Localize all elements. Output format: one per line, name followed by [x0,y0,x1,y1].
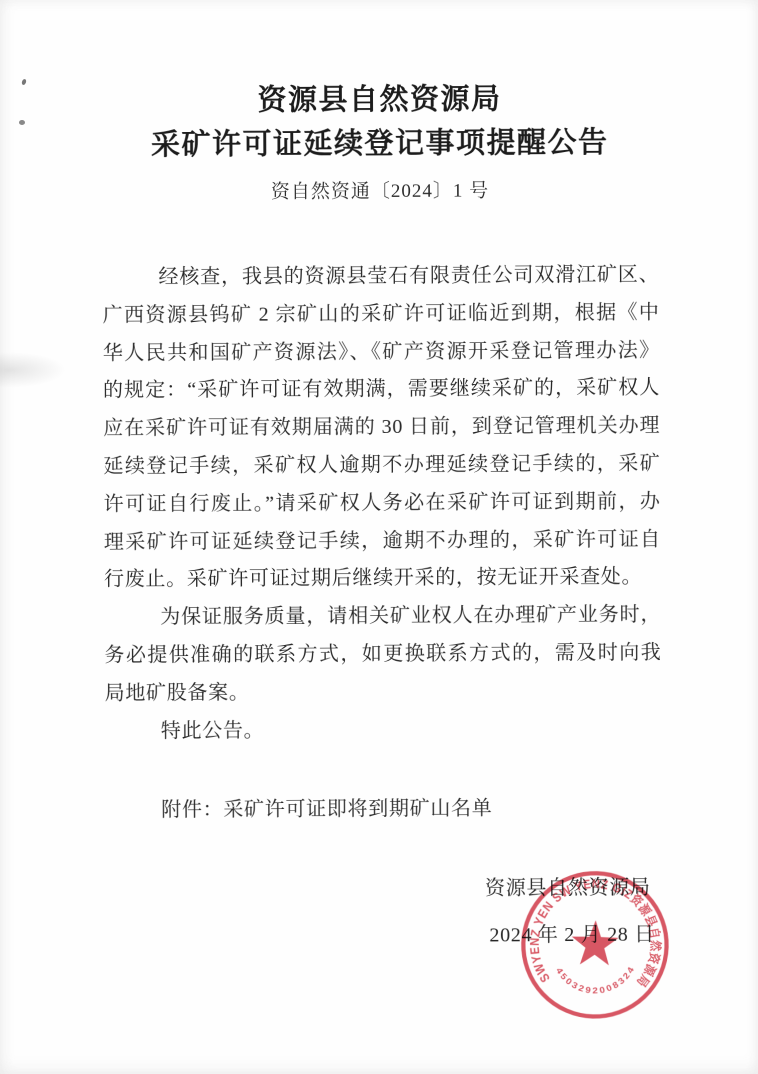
scanned-content: 资源县自然资源局 采矿许可证延续登记事项提醒公告 资自然资通〔2024〕1 号 … [0,0,758,205]
document-page: 资源县自然资源局 采矿许可证延续登记事项提醒公告 资自然资通〔2024〕1 号 … [0,0,758,1074]
document-title-line1: 资源县自然资源局 [0,76,758,124]
body-paragraph: 经核查，我县的资源县莹石有限责任公司双滑江矿区、广西资源县钨矿 2 宗矿山的采矿… [102,257,661,600]
seal-serial-number: 4503292008324 [553,961,637,997]
body-paragraph: 特此公告。 [105,710,662,751]
scan-speckle [19,120,25,125]
attachment-line: 附件：采矿许可证即将到期矿山名单 [105,790,662,831]
document-title: 资源县自然资源局 采矿许可证延续登记事项提醒公告 [0,76,758,168]
document-number: 资自然资通〔2024〕1 号 [1,174,758,205]
seal-star [571,920,619,966]
document-title-line2: 采矿许可证延续登记事项提醒公告 [1,120,758,168]
body-paragraph: 为保证服务质量，请相关矿业权人在办理矿产业务时，务必提供准确的联系方式，如更换联… [104,597,662,713]
official-seal: SWYENZ YEN SW YENZ GIZ资源县自然资源局 450329200… [516,866,675,1025]
document-body: 经核查，我县的资源县莹石有限责任公司双滑江矿区、广西资源县钨矿 2 宗矿山的采矿… [102,257,663,958]
scan-smudge [0,352,66,388]
seal-serial-holder: 4503292008324 [553,961,637,997]
